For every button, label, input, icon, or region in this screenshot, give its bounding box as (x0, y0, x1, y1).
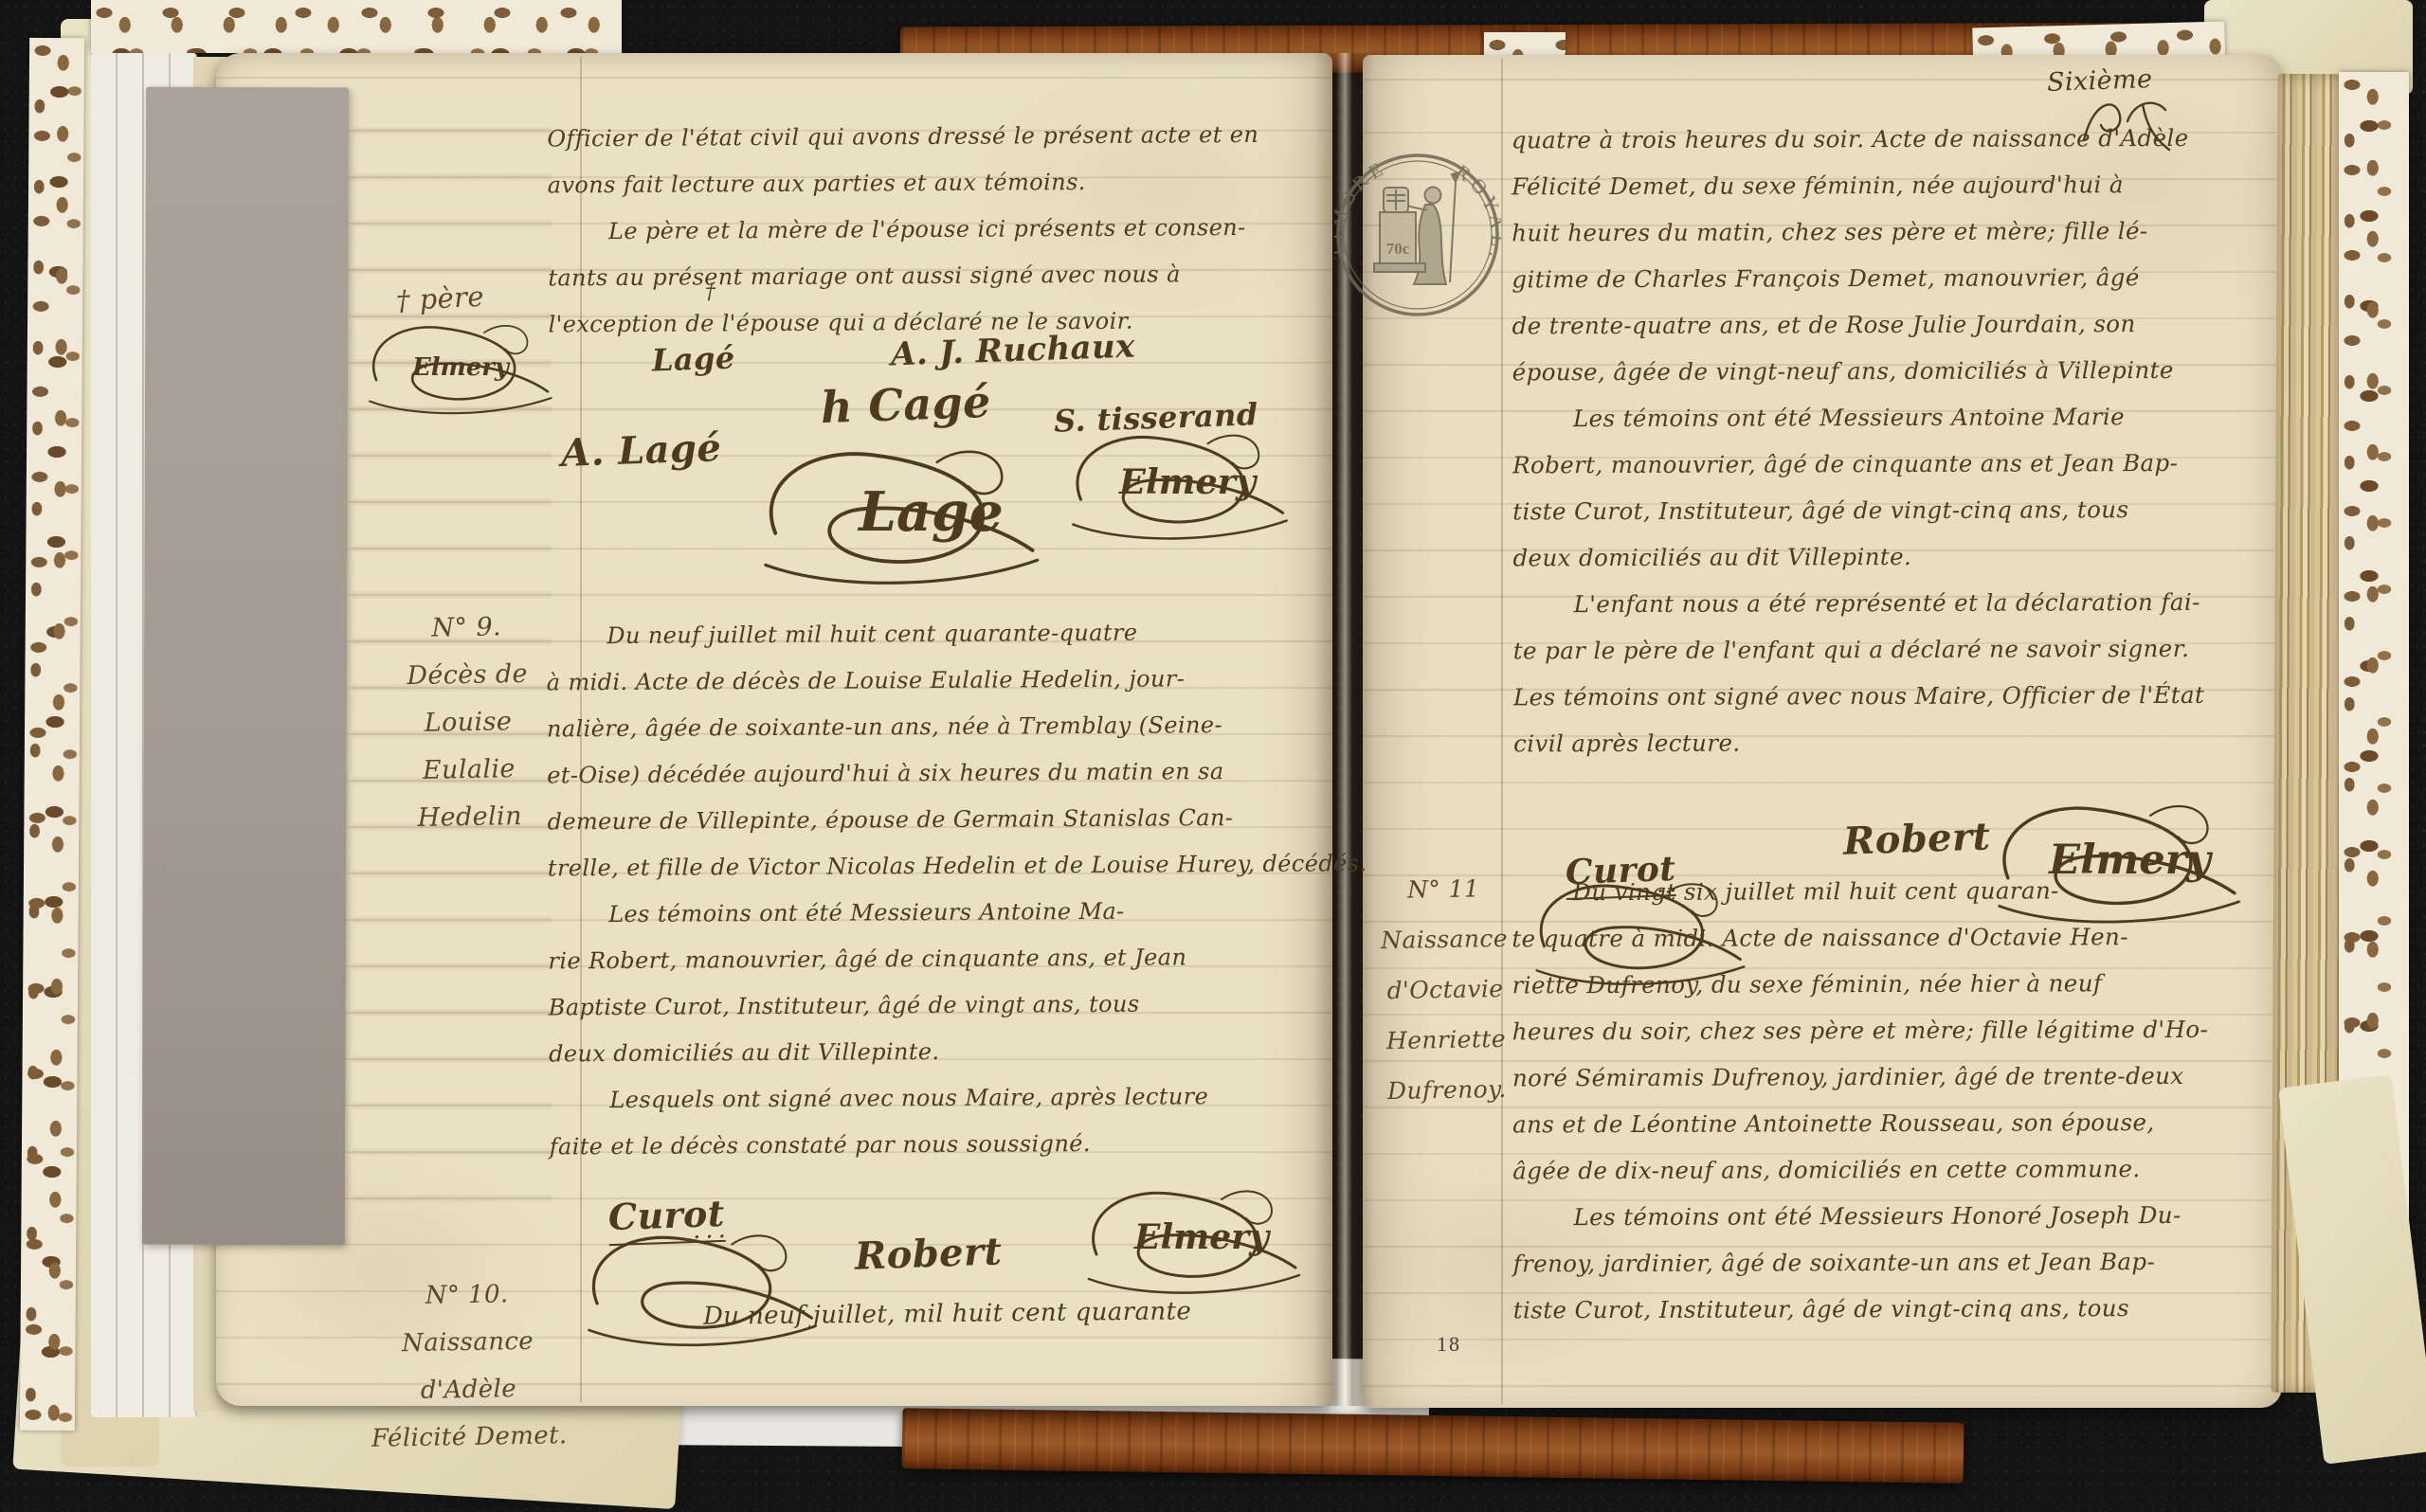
signature-curot-flourish (531, 1224, 872, 1357)
handwritten-line: Les témoins ont signé avec nous Maire, O… (1513, 672, 2277, 721)
marriage-act-closing-text: Officier de l'état civil qui avons dress… (547, 112, 1317, 349)
handwritten-line: à midi. Acte de décès de Louise Eulalie … (547, 656, 1316, 707)
book-cradle-bottom-rail (902, 1408, 1964, 1484)
svg-text:ROYAL.: ROYAL. (1452, 160, 1501, 265)
margin-line: Félicité Demet. (359, 1412, 580, 1463)
birth-act-10-opening-line: Du neuf juillet, mil huit cent quarante (703, 1297, 1192, 1330)
marbled-endpaper-top-left (91, 0, 622, 53)
handwritten-line: tiste Curot, Instituteur, âgé de vingt-c… (1513, 1285, 2277, 1334)
handwritten-line: Officier de l'état civil qui avons dress… (547, 112, 1316, 163)
marbled-endpaper-left (20, 38, 84, 1431)
signature-elmery-bottom-left: Elmery (1069, 1180, 1317, 1304)
handwritten-line: civil après lecture. (1513, 718, 2277, 767)
right-page-margin-rule (1501, 59, 1503, 1404)
svg-text:Elmery: Elmery (1118, 461, 1258, 502)
handwritten-line: Les témoins ont été Messieurs Honoré Jos… (1512, 1192, 2276, 1241)
handwritten-line: et-Oise) décédée aujourd'hui à six heure… (547, 748, 1316, 800)
margin-note-act9: N° 9.Décès de LouiseEulalie Hedelin (364, 603, 572, 843)
handwritten-line: âgée de dix-neuf ans, domiciliés en cett… (1512, 1145, 2276, 1195)
insertion-caret-mark: † (705, 280, 715, 304)
svg-text:Lage: Lage (857, 481, 1004, 544)
handwritten-line: avons fait lecture aux parties et aux té… (548, 158, 1317, 209)
handwritten-line: frenoy, jardinier, âgé de soixante-un an… (1513, 1238, 2277, 1287)
handwritten-line: tants au présent mariage ont aussi signé… (548, 251, 1317, 302)
handwritten-line: riette Dufrenoy, du sexe féminin, née hi… (1512, 960, 2275, 1009)
handwritten-line: Du vingt six juillet mil huit cent quara… (1512, 867, 2275, 916)
stamp-figure-allegory (1374, 172, 1459, 284)
register-book-photograph: Officier de l'état civil qui avons dress… (0, 0, 2426, 1512)
handwritten-line: Baptiste Curot, Instituteur, âgé de ving… (549, 981, 1318, 1032)
handwritten-line: heures du soir, chez ses père et mère; f… (1512, 1006, 2276, 1055)
stamp-text-royal: ROYAL. (1452, 160, 1501, 265)
birth-act-10-text: quatre à trois heures du soir. Acte de n… (1512, 115, 2277, 767)
handwritten-line: Les témoins ont été Messieurs Antoine Ma… (548, 888, 1317, 939)
margin-line: Naissance d'Adèle (357, 1317, 579, 1415)
handwritten-line: L'enfant nous a été représenté et la déc… (1513, 579, 2277, 628)
handwritten-line: demeure de Villepinte, épouse de Germain… (547, 795, 1316, 846)
signature-elmery-margin: Elmery (360, 316, 559, 423)
handwritten-line: Le père et la mère de l'épouse ici prése… (548, 205, 1317, 256)
signature-elmery-row: Elmery (1050, 424, 1308, 549)
margin-line: Décès de Louise (365, 650, 571, 748)
signature-cage: h Cagé (820, 376, 991, 433)
handwritten-line: Du neuf juillet mil huit cent quarante-q… (546, 609, 1315, 660)
timbre-royal-stamp: TIMBRE ROYAL. 70c (1334, 152, 1501, 318)
handwritten-line: trelle, et fille de Victor Nicolas Hedel… (548, 841, 1317, 892)
handwritten-line: te quatre à midi. Acte de naissance d'Oc… (1512, 913, 2275, 963)
signature-a-lage: A. Lagé (560, 425, 722, 476)
handwritten-line: deux domiciliés au dit Villepinte. (549, 1027, 1318, 1078)
margin-line: Eulalie Hedelin (366, 745, 572, 843)
handwritten-line: Robert, manouvrier, âgé de cinquante ans… (1512, 440, 2276, 489)
handwritten-line: quatre à trois heures du soir. Acte de n… (1512, 115, 2275, 164)
handwritten-line: Lesquels ont signé avec nous Maire, aprè… (549, 1073, 1318, 1125)
signature-robert-right: Robert (1842, 814, 1991, 863)
handwritten-line: nalière, âgée de soixante-un ans, née à … (547, 702, 1316, 753)
printed-page-number: 18 (1437, 1332, 1461, 1357)
stamp-denomination: 70c (1386, 240, 1410, 258)
handwritten-line: faite et le décès constaté par nous sous… (550, 1120, 1319, 1171)
signature-robert-left: Robert (854, 1229, 1003, 1278)
handwritten-line: ans et de Léontine Antoinette Rousseau, … (1512, 1099, 2276, 1148)
margin-note-act10: N° 10.Naissance d'AdèleFélicité Demet. (356, 1269, 579, 1463)
handwritten-line: deux domiciliés au dit Villepinte. (1512, 532, 2276, 582)
death-act-9-text: Du neuf juillet mil huit cent quarante-q… (546, 609, 1319, 1171)
handwritten-line: tiste Curot, Instituteur, âgé de vingt-c… (1512, 486, 2276, 535)
handwritten-line: épouse, âgée de vingt-neuf ans, domicili… (1512, 347, 2276, 396)
handwritten-line: gitime de Charles François Demet, manouv… (1512, 254, 2275, 303)
handwritten-line: noré Sémiramis Dufrenoy, jardinier, âgé … (1512, 1053, 2276, 1102)
blotter-sheet (142, 87, 349, 1246)
marbled-endpaper-right (2339, 72, 2409, 1237)
handwritten-line: Les témoins ont été Messieurs Antoine Ma… (1512, 393, 2276, 442)
signature-lage: Lagé (651, 339, 735, 378)
handwritten-line: te par le père de l'enfant qui a déclaré… (1513, 625, 2277, 675)
handwritten-line: rie Robert, manouvrier, âgé de cinquante… (548, 934, 1317, 985)
margin-line: N° 10. (356, 1269, 577, 1321)
signature-lage-large: Lage (701, 438, 1099, 597)
birth-act-11-text: Du vingt six juillet mil huit cent quara… (1512, 867, 2277, 1334)
svg-text:Elmery: Elmery (1133, 1217, 1271, 1257)
handwritten-line: de trente-quatre ans, et de Rose Julie J… (1512, 300, 2275, 350)
margin-line: N° 9. (364, 603, 570, 654)
svg-text:Elmery: Elmery (411, 353, 511, 382)
handwritten-line: Félicité Demet, du sexe féminin, née auj… (1512, 161, 2275, 210)
margin-pere-note: † père (395, 280, 485, 317)
handwritten-line: huit heures du matin, chez ses père et m… (1512, 207, 2275, 257)
